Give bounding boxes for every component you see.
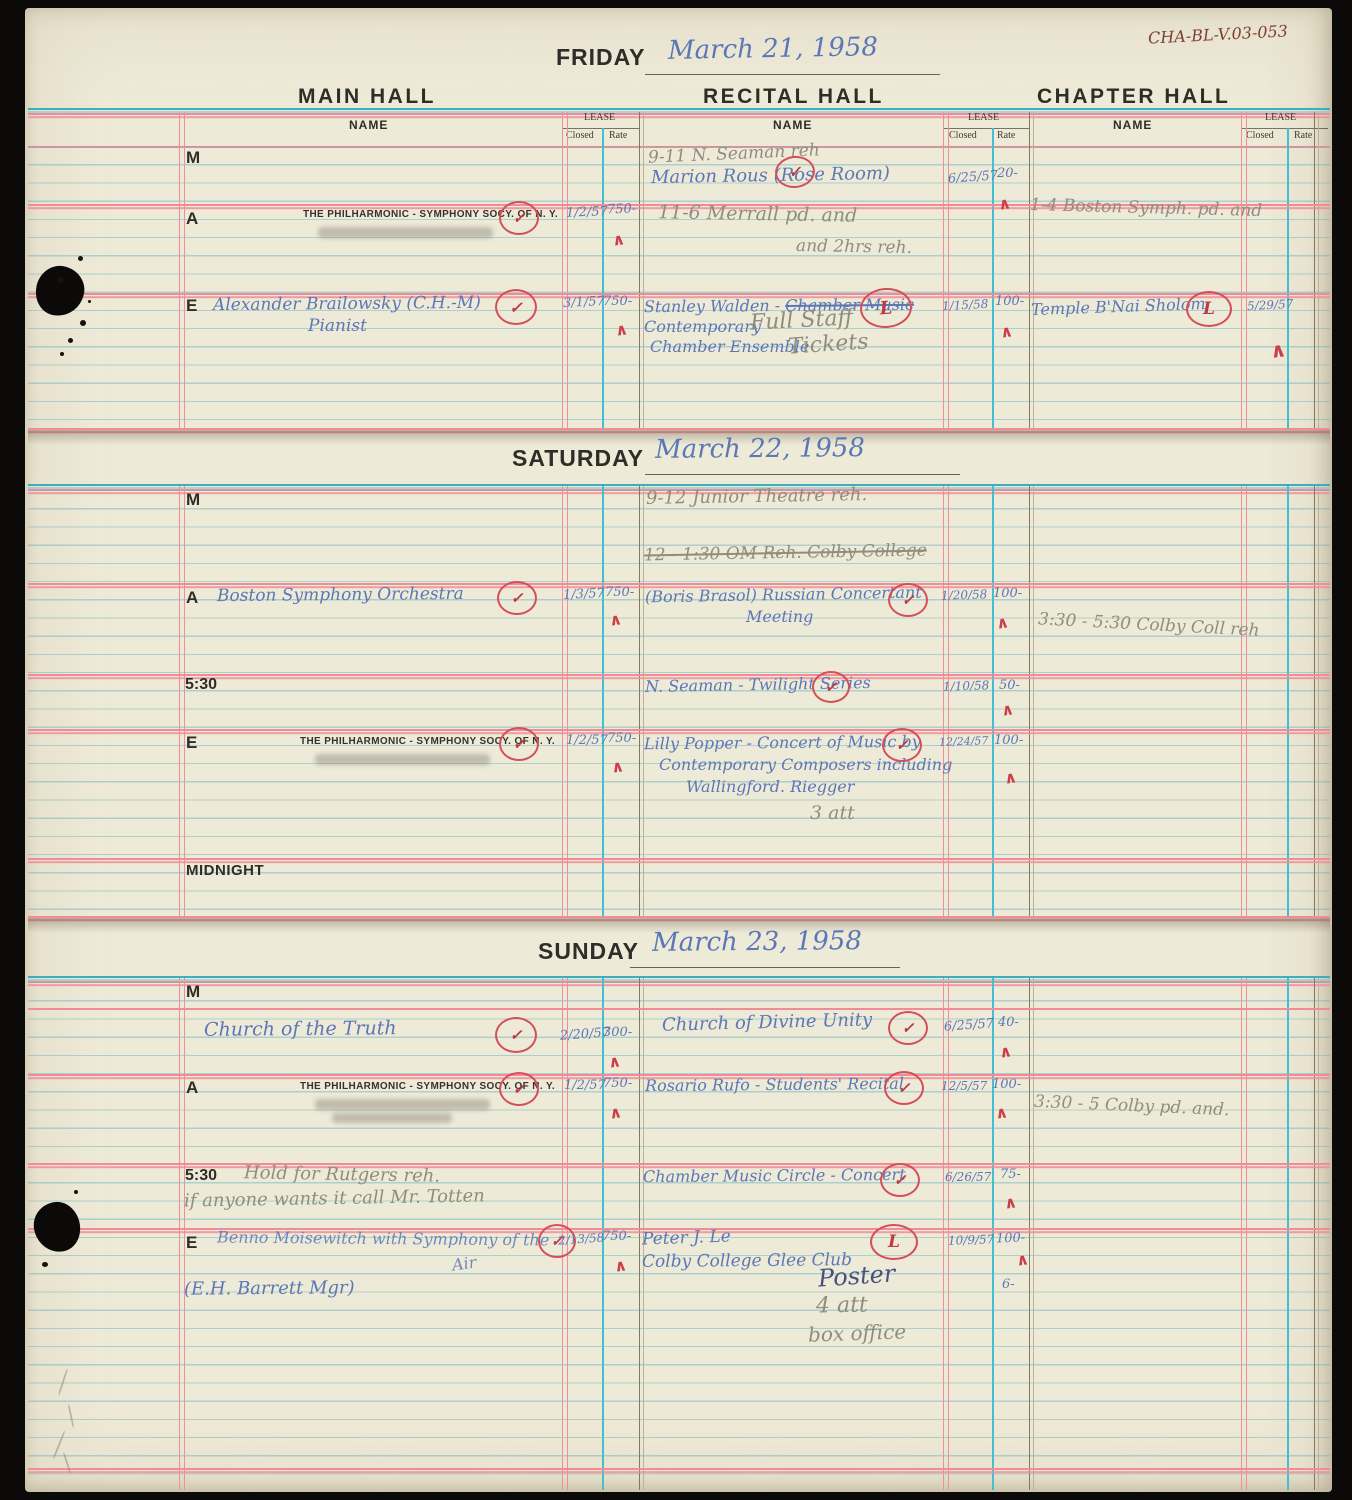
entry-brailowsky: Alexander Brailowsky (C.H.-M) [213,295,481,314]
red-check-mark: ∧ [995,612,1010,632]
vline [602,128,604,428]
time-label-a: A [186,589,198,606]
note-tickets: Tickets [787,331,869,359]
lease-l-circle: L [1186,291,1232,327]
col-name-chapter: NAME [1113,119,1152,131]
lease-closed-date: 1/10/58 [943,679,990,693]
friday-table-top-rule [28,108,1330,110]
vline [992,486,994,916]
note-poster: Poster [817,1261,896,1290]
vline [1241,486,1247,916]
friday-ruling [28,146,1330,428]
recital-hall-title: RECITAL HALL [703,86,884,107]
time-label-m: M [186,983,200,1000]
lease-closed-date: 6/26/57 [945,1171,991,1183]
stamp-smudge [318,227,493,238]
entry-junior-theatre: 9-12 Junior Theatre reh. [646,486,868,508]
lease-closed-date: 3/1/57 [563,295,605,310]
lease-check-circle: ✓ [880,1163,920,1197]
lease-closed-date: 12/5/57 [941,1080,987,1092]
col-name-main: NAME [349,119,388,131]
lease-check-circle: ✓ [888,583,928,617]
red-check-mark: ∧ [608,609,623,629]
vline [562,486,568,916]
lease-closed-date: 5/29/57 [1247,298,1294,312]
red-check-mark: ∧ [1003,767,1018,787]
vline [1287,486,1289,916]
col-rate-chapter: Rate [1294,131,1312,141]
time-label-e: E [186,297,197,314]
lease-closed-date: 12/24/57 [939,735,989,748]
lease-check-circle: ✓ [497,581,537,615]
entry-boris-brasol: (Boris Brasol) Russian Concertant [645,585,922,606]
lease-rate: 100- [996,1231,1026,1245]
entry-chamber-music-circle: Chamber Music Circle - Concert [643,1167,906,1185]
time-label-m: M [186,149,200,166]
red-check-mark: ∧ [1269,337,1288,363]
lease-rate: 300- [603,1026,632,1039]
lease-closed-date: 1/3/57 [563,587,605,602]
sunday-table-top-rule [28,976,1330,978]
red-check-mark: ∧ [1000,699,1015,719]
ink-speck [78,256,83,261]
col-rate-main: Rate [609,131,627,141]
stamp-smudge [315,1099,490,1110]
lease-rate: 750- [607,732,636,745]
row-rule [28,729,1330,731]
lease-check-circle: ✓ [888,1011,928,1045]
lease-l-circle: L [870,1224,918,1260]
vline [1287,978,1289,1490]
note-hold-rutgers: Hold for Rutgers reh. [244,1164,440,1185]
friday-day-label: FRIDAY [556,46,646,69]
lease-rate: 20- [997,167,1018,180]
sunday-day-label: SUNDAY [538,940,639,963]
lease-split-rule-recital [943,128,1030,129]
entry-chamber-ensemble: Chamber Ensemble [650,339,809,355]
col-closed-main: Closed [566,131,594,141]
red-check-mark: ∧ [610,756,625,776]
saturday-table-top-rule [28,484,1330,486]
lease-rate: 750- [605,586,634,599]
time-label-e: E [186,734,197,751]
time-label-530: 5:30 [185,1168,217,1184]
note-4-att: 4 att [816,1295,868,1318]
stamp-smudge [332,1113,452,1123]
vline [179,978,185,1490]
red-check-mark: ∧ [1015,1249,1030,1269]
lease-check-circle: ✓ [499,201,539,235]
note-3-att: 3 att [810,804,855,823]
entry-contemporary: Contemporary [644,319,761,335]
red-check-mark: ∧ [1003,1192,1018,1212]
lease-closed-date: 1/2/57 [564,1079,606,1092]
lease-rate-2: 6- [1002,1278,1015,1291]
sunday-date-underline [630,967,900,968]
entry-rosario-rufo: Rosario Rufo - Students' Recital [645,1076,904,1094]
lease-rate: 750- [602,1230,631,1243]
lease-rate: 750- [603,295,632,308]
vline [179,112,185,428]
lease-check-circle: ✓ [884,1071,924,1105]
vline [1029,978,1034,1490]
ink-speck [88,300,91,303]
red-check-mark: ∧ [998,1041,1013,1061]
friday-date: March 21, 1958 [668,34,878,64]
row-rule [28,1008,1330,1010]
entry-benno-moisewitch: Benno Moisewitch with Symphony of the [217,1230,549,1249]
red-check-mark: ∧ [613,1255,628,1275]
vline [602,486,604,916]
col-name-recital: NAME [773,119,812,131]
lease-check-circle: ✓ [499,727,539,761]
friday-date-underline [645,74,940,75]
entry-benno-moisewitch-2: Air [451,1254,477,1273]
vline [1314,112,1319,428]
vline [943,112,949,428]
vline [1287,128,1289,428]
chapter-hall-title: CHAPTER HALL [1037,86,1230,107]
entry-barrett-mgr: (E.H. Barrett Mgr) [184,1279,355,1298]
entry-struck-colby-college: 12 - 1:30 OM Reh. Colby College [644,543,927,565]
time-label-m: M [186,491,200,508]
saturday-date: March 22, 1958 [655,435,865,463]
lease-rate: 750- [607,202,637,216]
vline [179,486,185,916]
red-check-mark: ∧ [608,1102,623,1122]
friday-header-top-rule [28,113,1330,115]
vline [639,486,644,916]
lease-closed-date: 1/20/58 [941,588,988,602]
red-check-mark: ∧ [614,319,629,339]
entry-peter-j-le: Peter J. Le [642,1228,731,1248]
lease-rate: 100- [995,295,1024,308]
col-closed-chapter: Closed [1246,131,1274,141]
entry-merrall: 11-6 Merrall pd. and [658,203,858,225]
entry-lilly-popper: Lilly Popper - Concert of Music by [644,734,921,752]
lease-check-circle: ✓ [499,1072,539,1106]
red-check-mark: ∧ [997,193,1012,213]
ink-speck [42,1262,48,1267]
lease-rate: 100- [994,734,1023,747]
vline [1029,486,1034,916]
lease-closed-date: 10/9/57 [948,1233,995,1247]
row-rule [28,583,1330,585]
red-check-mark: ∧ [611,229,626,249]
lease-check-circle: ✓ [812,671,850,703]
red-check-mark: ∧ [999,321,1014,341]
ink-speck [57,277,64,283]
lease-closed-date: 6/25/57 [944,1017,995,1033]
col-lease-main: LEASE [584,113,615,123]
lease-check-circle: ✓ [882,728,922,762]
entry-merrall-2: and 2hrs reh. [796,238,912,257]
vline [562,112,568,428]
time-label-a: A [186,1079,198,1096]
lease-rate: 100- [992,1078,1021,1091]
col-lease-recital: LEASE [968,113,999,123]
time-label-midnight: MIDNIGHT [186,863,264,878]
vline [1241,978,1247,1490]
saturday-day-label: SATURDAY [512,447,644,470]
ink-speck [80,320,86,326]
entry-lilly-popper-3: Wallingford. Riegger [686,779,854,795]
time-label-e: E [186,1234,197,1251]
vline [1029,112,1034,428]
col-lease-chapter: LEASE [1265,113,1296,123]
col-closed-recital: Closed [949,131,977,141]
lease-closed-date: 1/2/57 [566,734,608,747]
row-rule [28,1163,1330,1165]
ink-speck [60,352,64,356]
time-label-530: 5:30 [185,677,217,693]
lease-rate: 75- [1000,1168,1021,1181]
main-hall-title: MAIN HALL [298,86,436,107]
vline [1314,978,1319,1490]
vline [639,112,644,428]
entry-marion-rous: Marion Rous (Rose Room) [651,165,890,187]
ink-speck [74,1190,78,1194]
lease-check-circle: ✓ [495,289,537,325]
row-rule [28,858,1330,860]
ledger-scan-page: CHA-BL-V.03-053 FRIDAY March 21, 1958 MA… [0,0,1352,1500]
lease-closed-date: 1/15/58 [942,298,989,312]
lease-rate: 100- [993,587,1022,600]
entry-boris-brasol-2: Meeting [746,609,813,625]
lease-split-rule-main [562,128,640,129]
lease-rate: 750- [603,1077,632,1090]
vline [943,486,949,916]
note-box-office: box office [808,1321,907,1344]
saturday-date-underline [645,474,960,475]
stamp-smudge [315,754,490,765]
lease-rate: 50- [999,679,1020,692]
lease-closed-date: 6/25/57 [948,169,999,185]
lease-check-circle: ✓ [495,1017,537,1053]
lease-closed-date: 1/2/57 [566,205,608,219]
vline [1241,112,1247,428]
entry-boston-symphony: Boston Symphony Orchestra [217,586,464,605]
row-rule [28,1468,1330,1470]
sunday-date: March 23, 1958 [652,928,862,956]
entry-church-of-truth: Church of the Truth [204,1019,397,1040]
ink-speck [68,338,73,343]
col-rate-recital: Rate [997,131,1015,141]
note-call-mr-totten: if anyone wants it call Mr. Totten [184,1187,485,1210]
red-check-mark: ∧ [994,1102,1009,1122]
vline [1314,486,1319,916]
entry-brailowsky-sub: Pianist [308,318,367,335]
time-label-a: A [186,210,198,227]
lease-rate: 40- [998,1016,1019,1029]
red-check-mark: ∧ [607,1051,622,1071]
lease-closed-date: 2/13/58 [558,1231,605,1246]
